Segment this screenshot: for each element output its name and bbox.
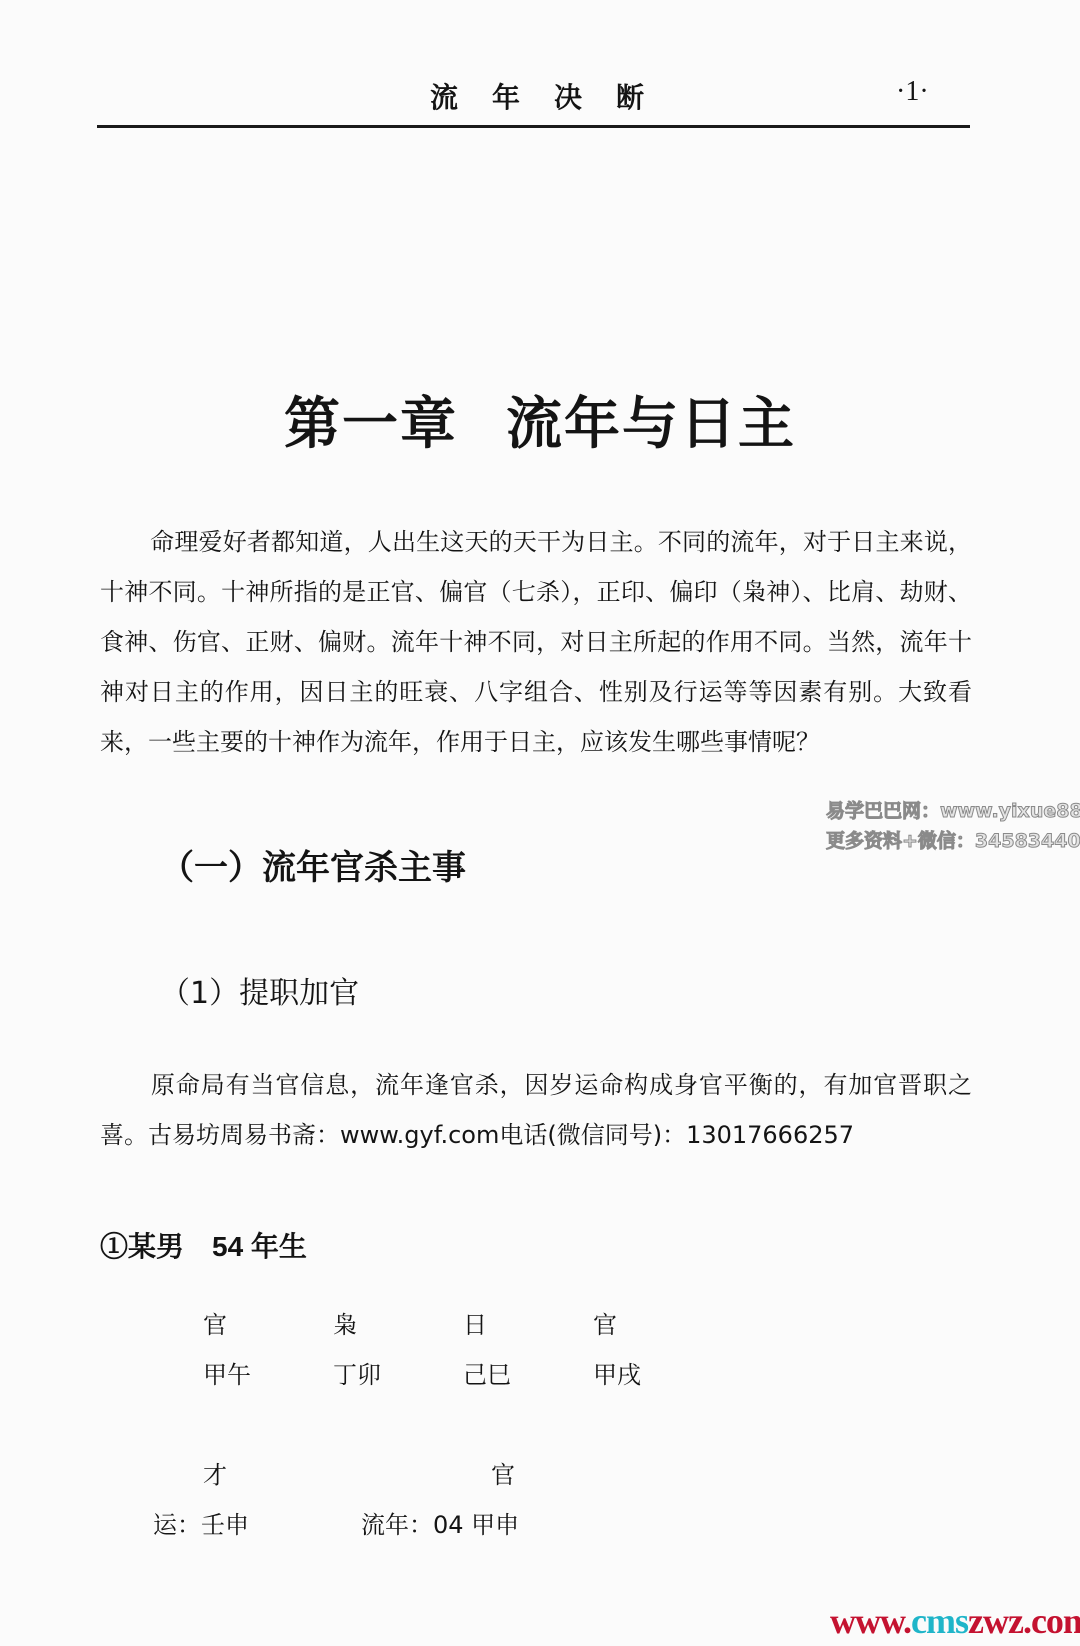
dayun: 运：壬申 <box>153 1505 249 1540</box>
section-heading: （一）流年官杀主事 <box>160 840 466 889</box>
site-watermark-suffix: zwz.com <box>968 1601 1080 1641</box>
pillar-label-hour: 官 <box>593 1305 617 1340</box>
chapter-name: 流年与日主 <box>506 392 796 457</box>
site-watermark: www.cmszwz.com <box>830 1600 1080 1642</box>
pillar-day: 己巳 <box>463 1355 511 1390</box>
site-watermark-prefix: www. <box>830 1601 911 1641</box>
sub-heading: （1）提职加官 <box>160 968 359 1012</box>
running-title: 流年决断 <box>430 76 678 116</box>
chapter-title: 第一章流年与日主 <box>0 380 1080 460</box>
watermark-line-2: 更多资料+微信：3458344044 <box>826 826 1080 853</box>
header-rule <box>97 125 970 128</box>
pillar-year: 甲午 <box>203 1355 251 1390</box>
section-paragraph-text: 原命局有当官信息，流年逢官杀，因岁运命构成身官平衡的，有加官晋职之喜。古易坊周易… <box>100 1071 972 1149</box>
pillar-label-day: 日 <box>463 1305 487 1340</box>
pillar-label-year: 官 <box>203 1305 227 1340</box>
chapter-number: 第一章 <box>284 392 458 457</box>
section-paragraph: 原命局有当官信息，流年逢官杀，因岁运命构成身官平衡的，有加官晋职之喜。古易坊周易… <box>100 1060 972 1160</box>
case-heading: ①某男 54 年生 <box>100 1225 307 1265</box>
liunian-shishen: 官 <box>491 1455 515 1490</box>
intro-paragraph-text: 命理爱好者都知道，人出生这天的天干为日主。不同的流年，对于日主来说，十神不同。十… <box>100 528 972 756</box>
liunian: 流年：04 甲申 <box>361 1505 519 1540</box>
page-number: ·1· <box>896 76 929 108</box>
watermark-line-1: 易学巴巴网：www.yixue88.cn <box>826 796 1080 823</box>
pillar-label-month: 枭 <box>333 1305 357 1340</box>
intro-paragraph: 命理爱好者都知道，人出生这天的天干为日主。不同的流年，对于日主来说，十神不同。十… <box>100 517 972 767</box>
pillar-hour: 甲戌 <box>593 1355 641 1390</box>
dayun-shishen: 才 <box>203 1455 227 1490</box>
pillar-month: 丁卯 <box>333 1355 381 1390</box>
site-watermark-middle: cms <box>911 1601 968 1641</box>
